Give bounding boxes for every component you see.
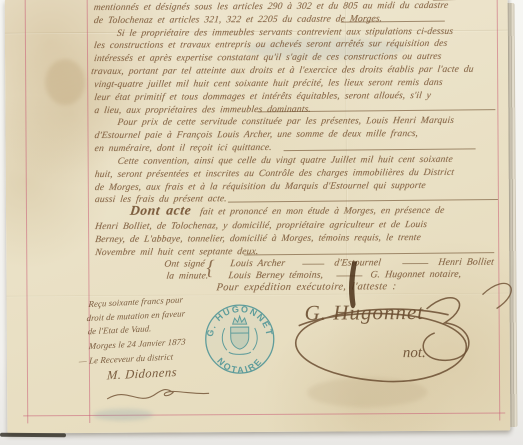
dont-acte-rest: fait et prononcé en mon étude à Morges, …: [199, 205, 445, 218]
dont-acte-emphasis: Dont acte: [129, 202, 192, 217]
notary-grand-signature: G. Hugonnet not.: [276, 246, 523, 403]
text-line: travaux, portant par tel atteinte aux dr…: [90, 64, 474, 77]
notary-signature-text: G. Hugonnet: [305, 300, 425, 325]
flourish-curl: [482, 283, 511, 308]
scan-shadow-edge: [0, 433, 66, 438]
text-line: Cette convention, ainsi que celle du vin…: [117, 154, 453, 167]
receipt-line: Morges le 24 Janvier 1873: [89, 336, 186, 351]
text-line: a lieu, aux propriétaires des immeubles …: [94, 104, 312, 116]
filler-rule: [228, 199, 498, 203]
text-line: Novembre mil huit cent septante deux.: [95, 246, 260, 258]
stain: [45, 59, 85, 105]
receipt-line: — Le Receveur du district: [79, 352, 174, 367]
notary-paraph-text: not.: [403, 345, 426, 361]
text-line: Si le propriétaire des immeubles servant…: [116, 26, 454, 39]
text-line: leur état primitif et tous dommages et i…: [94, 90, 432, 103]
ont-signe-label: Ont signé: [164, 258, 206, 269]
receipt-line: droit de mutation en faveur: [86, 308, 185, 323]
text-line: Berney, de L'abbaye, tonnelier, domicili…: [95, 232, 422, 245]
margin-line-left-outer: [25, 0, 29, 423]
filler-rule: [284, 148, 476, 151]
text-line: d'Estournel paie à François Louis Archer…: [94, 128, 419, 141]
text-line-dont-acte: Dont actefait et prononcé en mon étude à…: [129, 203, 445, 218]
text-line: intéressés et après expertise constatant…: [93, 51, 442, 64]
text-line: de Tolochenaz et articles 321, 322 et 22…: [93, 13, 383, 26]
ink-bleed-smudge: [93, 409, 153, 421]
text-line: vingt-quatre juillet mil huit cent soixa…: [94, 77, 444, 90]
text-line: de Morges, aux frais et à la réquisition…: [94, 180, 426, 193]
text-line: en numéraire, dont il reçoit ici quittan…: [94, 142, 272, 154]
scanned-notarial-deed-page: mentionnés et désignés sous les articles…: [0, 0, 523, 445]
text-line: Henri Bolliet, de Tolochenaz, y domicili…: [94, 219, 427, 232]
text-line: les constructions et travaux entrepris o…: [93, 38, 448, 51]
filler-rule: [341, 21, 445, 23]
text-line: Pour prix de cette servitude constituée …: [117, 115, 455, 128]
la-minute-label: la minute.: [166, 270, 209, 281]
brace-glyph: {: [206, 255, 215, 280]
text-line: huit, seront présentées et inscrites au …: [94, 167, 455, 180]
flourish-loop: [423, 298, 469, 361]
text-line: mentionnés et désignés sous les articles…: [93, 0, 449, 13]
deed-paper-sheet: mentionnés et désignés sous les articles…: [5, 0, 511, 434]
receipt-line: de l'Etat de Vaud.: [87, 323, 151, 336]
receiver-signature: M. Didonens: [107, 365, 178, 383]
